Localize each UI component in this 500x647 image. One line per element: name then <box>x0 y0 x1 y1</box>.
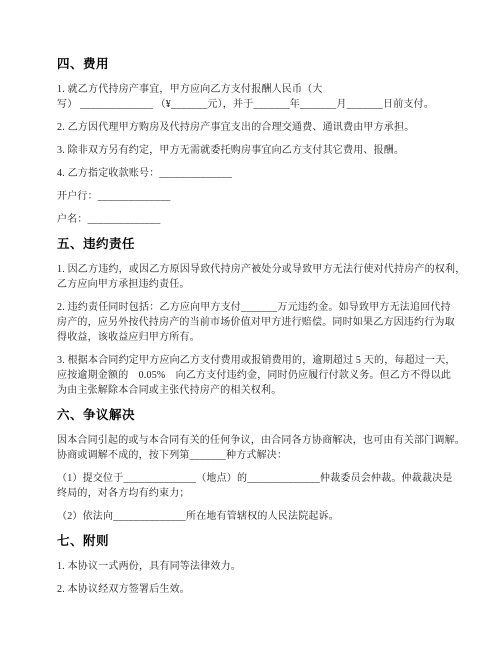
paragraph: 2. 乙方因代理甲方购房及代持房产事宜支出的合理交通费、通讯费由甲方承担。 <box>57 120 462 135</box>
text-line: 3. 根据本合同约定甲方应向乙方支付费用或报销费用的，逾期超过 5 天的，每超过… <box>57 353 462 368</box>
text-line: 房产的，应另外按代持房产的当前市场价值对甲方进行赔偿。同时如果乙方因违约行为取 <box>57 315 462 330</box>
text-line: 因本合同引起的或与本合同有关的任何争议，由合同各方协商解决，也可由有关部门调解。 <box>57 433 462 448</box>
text-line: （2）依法向______________所在地有管辖权的人民法院起诉。 <box>57 509 462 524</box>
text-line: 1. 本协议一式两份，具有同等法律效力。 <box>57 559 462 574</box>
text-line: 2. 乙方因代理甲方购房及代持房产事宜支出的合理交通费、通讯费由甲方承担。 <box>57 120 462 135</box>
section-heading: 六、争议解决 <box>57 408 462 423</box>
text-line: 4. 乙方指定收款账号：______________ <box>57 166 462 181</box>
document-page: 四、费用 1. 就乙方代持房产事宜，甲方应向乙方支付报酬人民币（大 写） ___… <box>0 0 500 647</box>
paragraph: （1）提交位于______________（地点）的______________… <box>57 471 462 501</box>
text-line: 1. 就乙方代持房产事宜，甲方应向乙方支付报酬人民币（大 <box>57 82 462 97</box>
text-line: 应按逾期金额的 0.05% 向乙方支付违约金，同时仍应履行付款义务。但乙方不得以… <box>57 368 462 383</box>
paragraph: 1. 因乙方违约，或因乙方原因导致代持房产被处分或导致甲方无法行使对代持房产的权… <box>57 262 462 292</box>
paragraph: 因本合同引起的或与本合同有关的任何争议，由合同各方协商解决，也可由有关部门调解。… <box>57 433 462 463</box>
section-heading: 五、违约责任 <box>57 237 462 252</box>
section-dispute-resolution: 六、争议解决 因本合同引起的或与本合同有关的任何争议，由合同各方协商解决，也可由… <box>57 408 462 524</box>
text-line: 3. 除非双方另有约定，甲方无需就委托购房事宜向乙方支付其它费用、报酬。 <box>57 143 462 158</box>
section-heading: 七、附则 <box>57 534 462 549</box>
text-line: （1）提交位于______________（地点）的______________… <box>57 471 462 486</box>
paragraph: 2. 本协议经双方签署后生效。 <box>57 582 462 597</box>
text-line: 乙方应向甲方承担违约责任。 <box>57 277 462 292</box>
section-fees: 四、费用 1. 就乙方代持房产事宜，甲方应向乙方支付报酬人民币（大 写） ___… <box>57 57 462 227</box>
text-line: 写） ______________ （¥_______元），并于_______年… <box>57 97 462 112</box>
paragraph: 3. 根据本合同约定甲方应向乙方支付费用或报销费用的，逾期超过 5 天的，每超过… <box>57 353 462 398</box>
text-line: 户名：______________ <box>57 212 462 227</box>
text-line: 协商或调解不成的，按下列第_______种方式解决： <box>57 448 462 463</box>
text-line: 为由主张解除本合同或主张代持房产的相关权利。 <box>57 383 462 398</box>
section-supplementary: 七、附则 1. 本协议一式两份，具有同等法律效力。 2. 本协议经双方签署后生效… <box>57 534 462 597</box>
text-line: 2. 本协议经双方签署后生效。 <box>57 582 462 597</box>
paragraph: （2）依法向______________所在地有管辖权的人民法院起诉。 <box>57 509 462 524</box>
paragraph: 1. 本协议一式两份，具有同等法律效力。 <box>57 559 462 574</box>
text-line: 得收益，该收益应归甲方所有。 <box>57 330 462 345</box>
paragraph: 4. 乙方指定收款账号：______________ <box>57 166 462 181</box>
paragraph: 开户行：______________ <box>57 189 462 204</box>
section-breach-liability: 五、违约责任 1. 因乙方违约，或因乙方原因导致代持房产被处分或导致甲方无法行使… <box>57 237 462 398</box>
text-line: 1. 因乙方违约，或因乙方原因导致代持房产被处分或导致甲方无法行使对代持房产的权… <box>57 262 462 277</box>
section-heading: 四、费用 <box>57 57 462 72</box>
paragraph: 1. 就乙方代持房产事宜，甲方应向乙方支付报酬人民币（大 写） ________… <box>57 82 462 112</box>
text-line: 2. 违约责任同时包括：乙方应向甲方支付_______万元违约金。如导致甲方无法… <box>57 300 462 315</box>
text-line: 终局的，对各方均有约束力； <box>57 486 462 501</box>
text-line: 开户行：______________ <box>57 189 462 204</box>
paragraph: 3. 除非双方另有约定，甲方无需就委托购房事宜向乙方支付其它费用、报酬。 <box>57 143 462 158</box>
paragraph: 2. 违约责任同时包括：乙方应向甲方支付_______万元违约金。如导致甲方无法… <box>57 300 462 345</box>
paragraph: 户名：______________ <box>57 212 462 227</box>
